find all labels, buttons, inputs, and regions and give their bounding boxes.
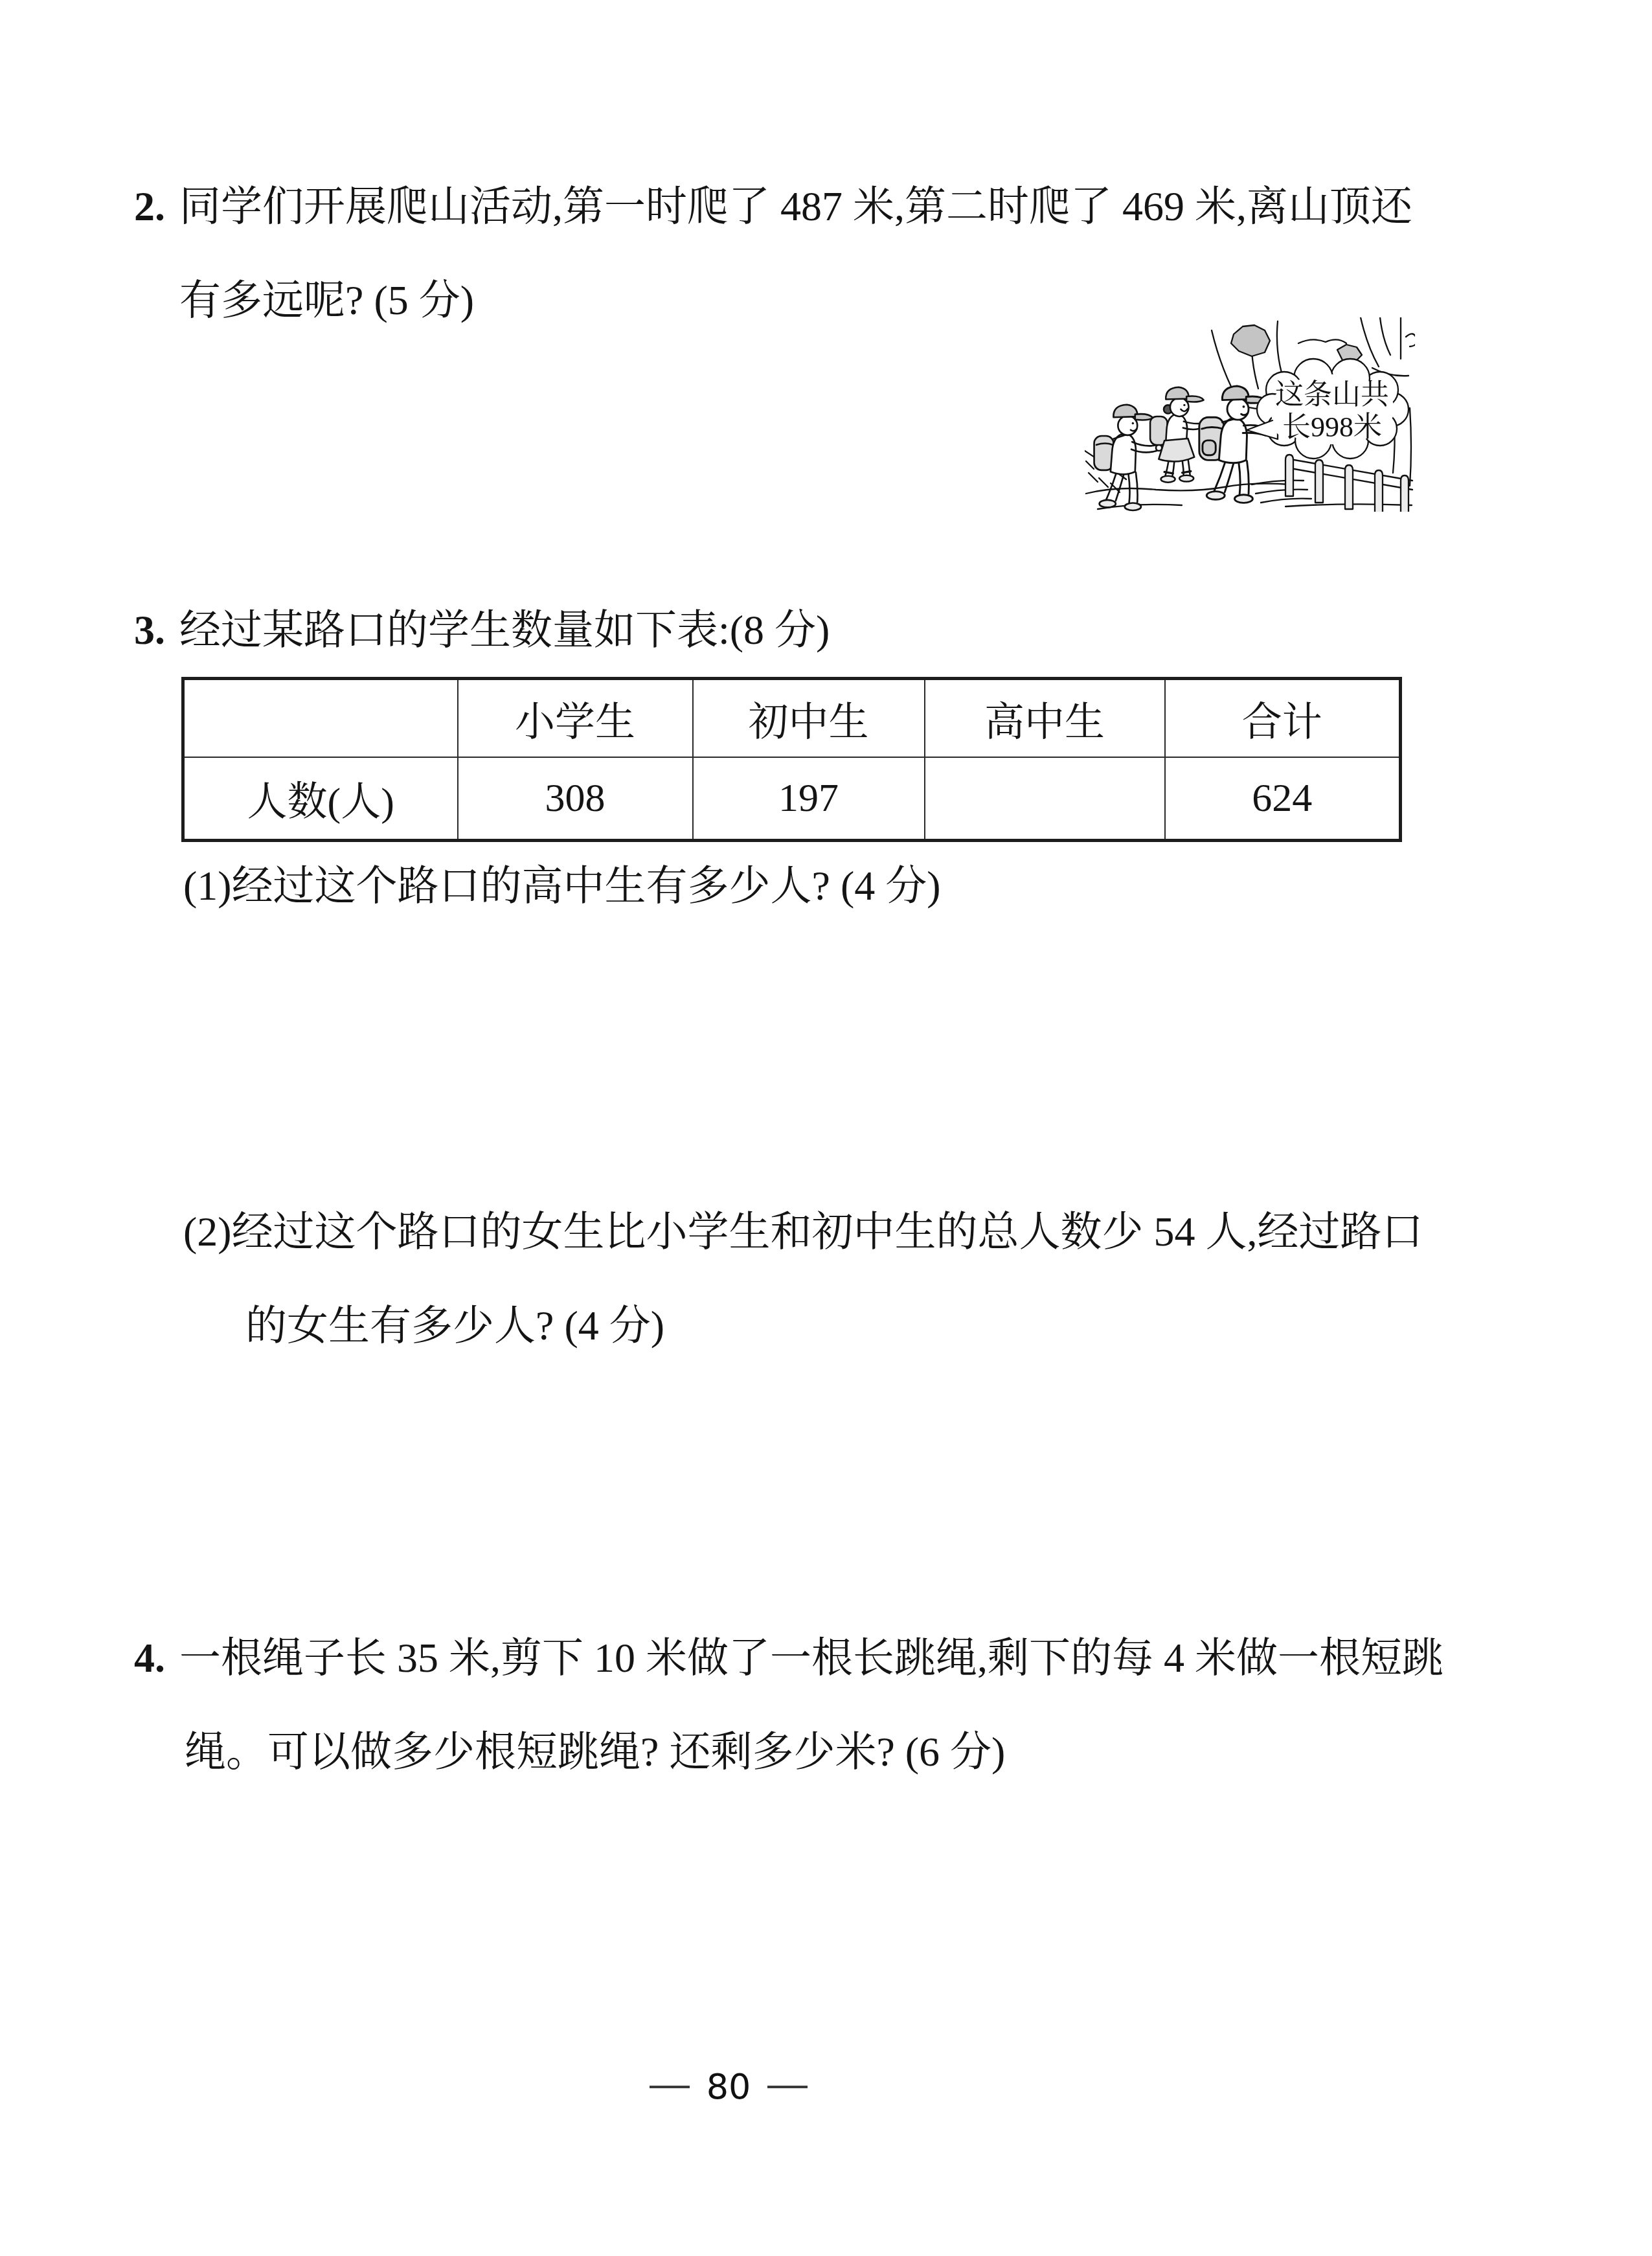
shoe (1125, 503, 1141, 511)
worksheet-page: 2.同学们开展爬山活动,第一时爬了 487 米,第二时爬了 469 米,离山顶还… (0, 0, 1652, 2256)
question-3-sub-1: (1)经过这个路口的高中生有多少人? (4 分) (183, 863, 941, 909)
table-row-label: 人数(人) (183, 757, 458, 841)
cap (1166, 387, 1188, 400)
cap-brim (1186, 396, 1203, 402)
bubble-text-line-2: 长998米 (1282, 411, 1382, 443)
table-value-primary: 308 (458, 757, 693, 841)
question-2-text-1: 同学们开展爬山活动,第一时爬了 487 米,第二时爬了 469 米,离山顶还 (179, 183, 1412, 229)
cap (1222, 386, 1249, 400)
cap (1113, 405, 1137, 418)
question-4-text-2: 绳。可以做多少根短跳绳? 还剩多少米? (6 分) (185, 1729, 1005, 1775)
question-3-sub-1-text: (1)经过这个路口的高中生有多少人? (4 分) (183, 863, 941, 909)
question-3-sub-2-text-2: 的女生有多少人? (4 分) (245, 1303, 664, 1349)
question-3-intro: 3.经过某路口的学生数量如下表:(8 分) (134, 608, 830, 653)
table-value-total: 624 (1165, 757, 1401, 841)
shoe (1161, 476, 1175, 483)
footer-left-dash (650, 2086, 690, 2088)
cap-brim (1135, 414, 1153, 420)
page-footer: 80 (648, 2068, 809, 2106)
question-3-number: 3. (134, 608, 179, 653)
question-2-number: 2. (134, 184, 179, 229)
table-data-row: 人数(人) 308 197 624 (183, 757, 1401, 841)
question-3-sub-2-text-1: (2)经过这个路口的女生比小学生和初中生的总人数少 54 人,经过路口 (183, 1209, 1423, 1255)
hiking-illustration: 这条山共 长998米 (1085, 317, 1415, 512)
table-value-senior (925, 757, 1165, 841)
question-3-sub-2-line-2: 的女生有多少人? (4 分) (245, 1303, 664, 1349)
question-2-line-1: 2.同学们开展爬山活动,第一时爬了 487 米,第二时爬了 469 米,离山顶还 (134, 184, 1412, 229)
question-3-sub-2-line-1: (2)经过这个路口的女生比小学生和初中生的总人数少 54 人,经过路口 (183, 1209, 1423, 1255)
mountain-bush (1231, 325, 1270, 356)
question-4-number: 4. (134, 1635, 179, 1681)
speech-bubble: 这条山共 长998米 (1247, 359, 1409, 459)
question-4-line-1: 4.一根绳子长 35 米,剪下 10 米做了一根长跳绳,剩下的每 4 米做一根短… (134, 1635, 1443, 1681)
footer-right-dash (767, 2086, 808, 2088)
table-header-empty (183, 679, 458, 758)
table-header-senior: 高中生 (925, 679, 1165, 758)
question-2-line-2: 有多远呢? (5 分) (179, 278, 474, 323)
table-value-junior: 197 (693, 757, 925, 841)
shoe (1100, 500, 1116, 508)
table-header-total: 合计 (1165, 679, 1401, 758)
students-table: 小学生 初中生 高中生 合计 人数(人) 308 197 624 (181, 677, 1402, 842)
table-header-primary: 小学生 (458, 679, 693, 758)
table-header-row: 小学生 初中生 高中生 合计 (183, 679, 1401, 758)
footer-page-number: 80 (707, 2069, 751, 2104)
question-2-text-2: 有多远呢? (5 分) (179, 277, 474, 323)
shoe (1179, 475, 1194, 482)
backpack-pocket (1203, 440, 1216, 455)
shoe (1234, 495, 1252, 503)
question-3-text: 经过某路口的学生数量如下表:(8 分) (179, 607, 830, 653)
skirt (1159, 439, 1194, 462)
shoe (1206, 492, 1225, 500)
question-4-text-1: 一根绳子长 35 米,剪下 10 米做了一根长跳绳,剩下的每 4 米做一根短跳 (179, 1635, 1443, 1681)
question-4-line-2: 绳。可以做多少根短跳绳? 还剩多少米? (6 分) (185, 1729, 1005, 1775)
bubble-text-line-1: 这条山共 (1275, 379, 1389, 411)
table-header-junior: 初中生 (693, 679, 925, 758)
rock-window (1406, 334, 1415, 347)
